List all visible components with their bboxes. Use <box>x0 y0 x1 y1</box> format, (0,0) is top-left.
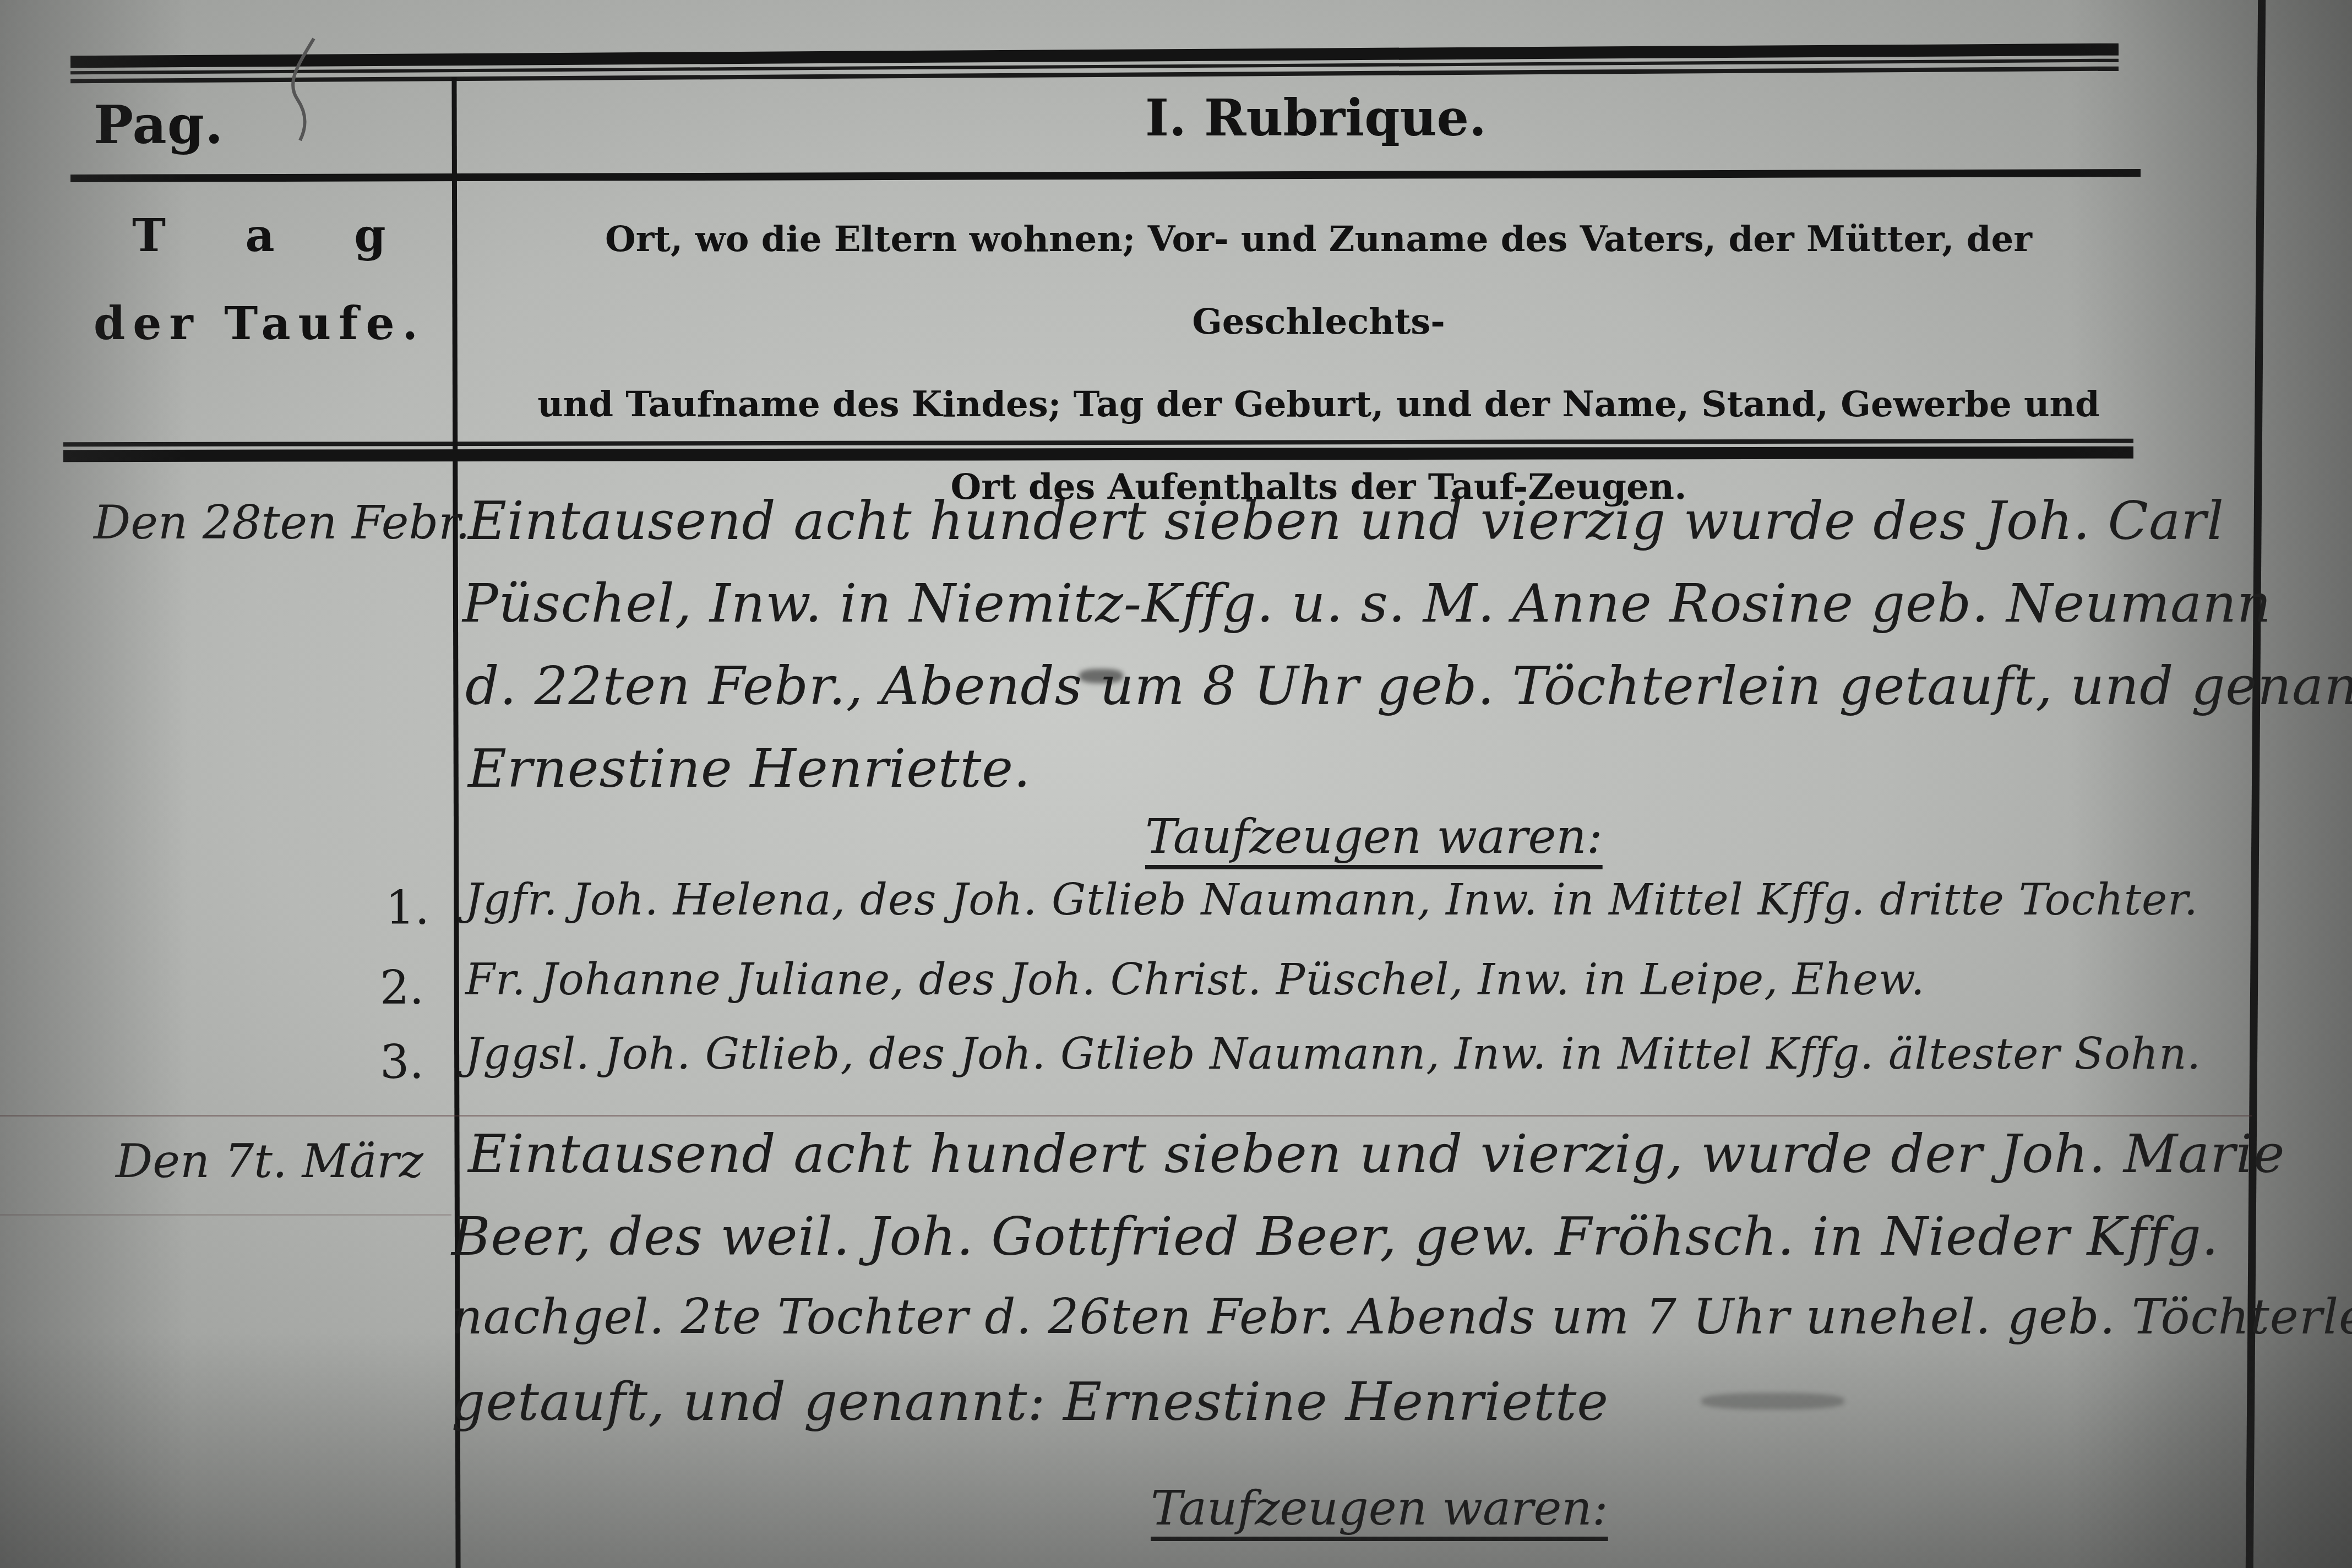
rubric-title: I. Rubrique. <box>1145 88 1487 148</box>
entry-2-date: Den 7t. März <box>116 1134 423 1188</box>
pag-label: Pag. <box>94 94 224 156</box>
entry-1-date: Den 28ten Febr. <box>94 496 470 549</box>
pencil-brace-mark <box>275 33 341 143</box>
entry-2-witness-heading: Taufzeugen waren: <box>1151 1481 1608 1536</box>
ruling-line <box>0 1115 2252 1117</box>
entry-2-line-2: Beer, des weil. Joh. Gottfried Beer, gew… <box>451 1206 2219 1267</box>
ink-smudge <box>1701 1393 1844 1409</box>
ink-smudge <box>1079 669 1123 683</box>
witness-2-text: Fr. Johanne Juliane, des Joh. Christ. Pü… <box>465 955 1925 1005</box>
ruling-line <box>0 1214 451 1216</box>
entry-2-line-3: nachgel. 2te Tochter d. 26ten Febr. Aben… <box>451 1288 2352 1345</box>
column-date-label-line1: T a g <box>132 209 418 262</box>
witness-number-2: 2. <box>380 961 424 1015</box>
column-date-label-line2: der Taufe. <box>94 297 426 350</box>
witness-1-text: Jgfr. Joh. Helena, des Joh. Gtlieb Nauma… <box>465 875 2198 925</box>
witness-number-1: 1. <box>385 881 429 935</box>
description-line-2: und Taufname des Kindes; Tag der Geburt,… <box>496 363 2142 446</box>
register-page: Pag. I. Rubrique. T a g der Taufe. Ort, … <box>0 0 2352 1568</box>
entry-2-line-1: Eintausend acht hundert sieben und vierz… <box>468 1123 2285 1185</box>
witness-number-3: 3. <box>380 1035 424 1089</box>
column-description-header: Ort, wo die Eltern wohnen; Vor- und Zuna… <box>496 198 2142 529</box>
entry-1-line-3: d. 22ten Febr., Abends um 8 Uhr geb. Töc… <box>465 655 2352 717</box>
entry-1-witness-heading: Taufzeugen waren: <box>1145 809 1603 864</box>
top-heavy-rule <box>70 43 2119 68</box>
entry-2-line-4: getauft, und genannt: Ernestine Henriett… <box>451 1371 1609 1433</box>
header-divider-rule <box>70 169 2141 182</box>
entry-1-line-4: Ernestine Henriette. <box>468 738 1031 799</box>
entry-1-line-2: Püschel, Inw. in Niemitz-Kffg. u. s. M. … <box>462 573 2272 634</box>
description-line-1: Ort, wo die Eltern wohnen; Vor- und Zuna… <box>496 198 2142 363</box>
entry-1-line-1: Eintausend acht hundert sieben und vierz… <box>468 490 2224 552</box>
witness-3-text: Jggsl. Joh. Gtlieb, des Joh. Gtlieb Naum… <box>465 1030 2201 1079</box>
